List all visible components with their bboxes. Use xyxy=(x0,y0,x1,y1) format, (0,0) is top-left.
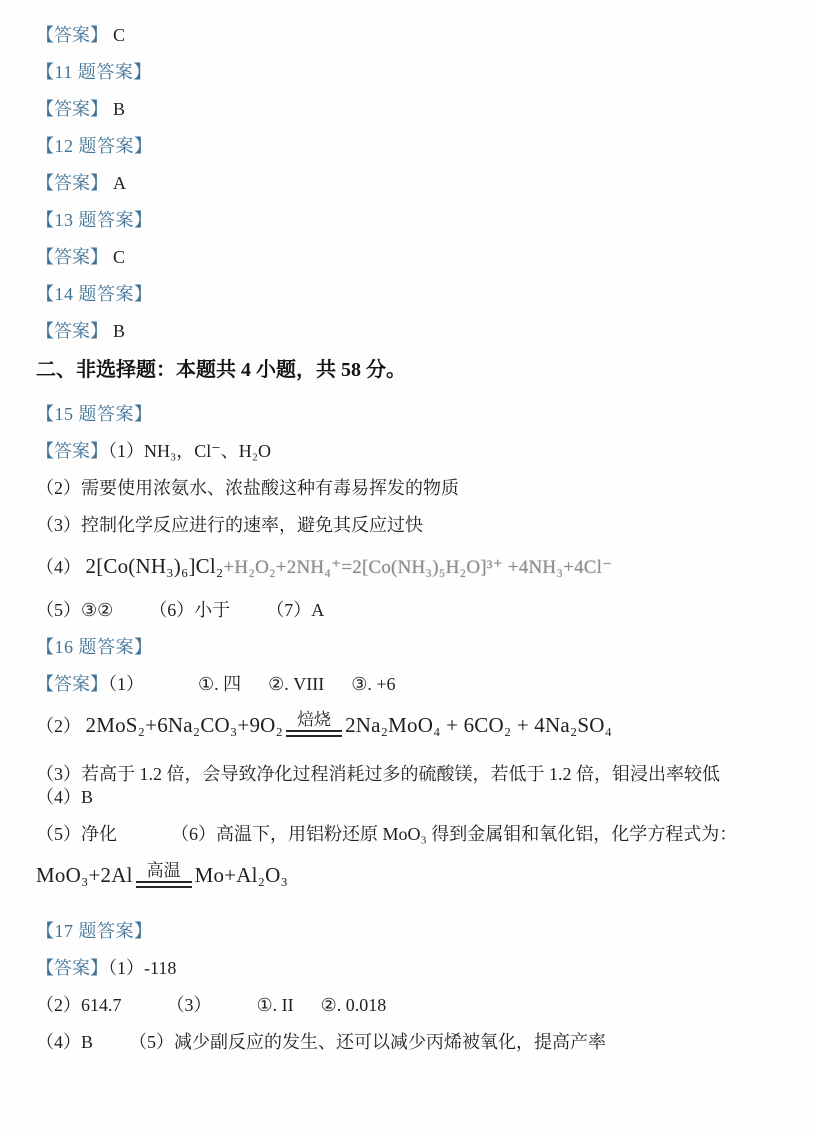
answer-prefix-label: 【答案】 xyxy=(36,674,108,694)
question-15-header: 【15 题答案】 xyxy=(36,403,787,426)
answer-prefix-label: 【答案】 xyxy=(36,321,108,341)
answer-prefix-label: 【答案】 xyxy=(36,99,108,119)
answer-line: 【答案】A xyxy=(36,172,787,195)
answer-prefix-label: 【答案】 xyxy=(36,247,108,267)
answer-prefix-label: 【答案】 xyxy=(36,173,108,193)
answer-prefix-label: 【答案】 xyxy=(36,958,108,978)
q16-part6-equation: MoO₃+2Al高温Mo+Al₂O₃ xyxy=(36,860,787,891)
answer-key-document: 【答案】C 【11 题答案】 【答案】B 【12 题答案】 【答案】A 【13 … xyxy=(0,0,817,1137)
answer-line: 【答案】C xyxy=(36,246,787,269)
question-13-header: 【13 题答案】 xyxy=(36,209,787,232)
question-16-header: 【16 题答案】 xyxy=(36,636,787,659)
double-line-icon xyxy=(136,881,192,888)
q16-part2-label: （2） xyxy=(36,716,81,736)
q15-part4-equation: （4） 2[Co(NH₃)₆]Cl₂+H₂O₂+2NH₄⁺=2[Co(NH₃)₅… xyxy=(36,551,787,583)
q16-part2-equation: （2） 2MoS₂+6Na₂CO₃+9O₂焙烧2Na₂MoO₄ + 6CO₂ +… xyxy=(36,710,787,741)
products-formula: 2Na₂MoO₄ + 6CO₂ + 4Na₂SO₄ xyxy=(345,713,612,737)
q16-part5and6-line: （5）净化 （6）高温下，用铝粉还原 MoO₃ 得到金属钼和氧化铝，化学方程式为… xyxy=(36,823,787,846)
question-14-header: 【14 题答案】 xyxy=(36,283,787,306)
question-12-header: 【12 题答案】 xyxy=(36,135,787,158)
q15-part4-label: （4） xyxy=(36,557,81,577)
answer-line: 【答案】B xyxy=(36,320,787,343)
section-2-heading: 二、非选择题：本题共 4 小题，共 58 分。 xyxy=(36,357,787,383)
q15-part3-line: （3）控制化学反应进行的速率，避免其反应过快 xyxy=(36,514,787,537)
answer-value: B xyxy=(113,321,125,341)
question-11-header: 【11 题答案】 xyxy=(36,61,787,84)
reaction-condition-text: 高温 xyxy=(136,861,192,881)
q15-part1-line: 【答案】（1）NH₃，Cl⁻、H₂O xyxy=(36,440,787,463)
q17-part4and5-line: （4）B （5）减少副反应的发生、还可以减少丙烯被氧化，提高产率 xyxy=(36,1031,787,1054)
answer-prefix-label: 【答案】 xyxy=(36,441,108,461)
question-17-header: 【17 题答案】 xyxy=(36,920,787,943)
q15-part1-text: （1）NH₃，Cl⁻、H₂O xyxy=(108,441,271,461)
q17-part2and3-line: （2）614.7 （3） ①. II ②. 0.018 xyxy=(36,994,787,1017)
answer-value: C xyxy=(113,247,125,267)
reactants-formula: 2MoS₂+6Na₂CO₃+9O₂ xyxy=(86,713,284,737)
answer-line: 【答案】B xyxy=(36,98,787,121)
answer-line: 【答案】C xyxy=(36,24,787,47)
chemical-formula-faint: +H₂O₂+2NH₄⁺=2[Co(NH₃)₅H₂O]³⁺ +4NH₃+4Cl⁻ xyxy=(223,557,612,578)
q16-part3and4-line: （3）若高于 1.2 倍，会导致净化过程消耗过多的硫酸镁，若低于 1.2 倍，钼… xyxy=(36,763,787,809)
reaction-condition-text: 焙烧 xyxy=(286,710,342,730)
reactants-formula: MoO₃+2Al xyxy=(36,863,133,887)
answer-value: A xyxy=(113,173,126,193)
answer-value: C xyxy=(113,25,125,45)
reaction-condition: 高温 xyxy=(136,861,192,888)
q15-part2-line: （2）需要使用浓氨水、浓盐酸这种有毒易挥发的物质 xyxy=(36,477,787,500)
q15-part5to7-line: （5）③② （6）小于 （7）A xyxy=(36,599,787,622)
double-line-icon xyxy=(286,730,342,737)
chemical-formula: 2[Co(NH₃)₆]Cl₂ xyxy=(86,554,224,578)
q16-part1-text: （1） ①. 四 ②. VIII ③. +6 xyxy=(108,674,396,694)
answer-prefix-label: 【答案】 xyxy=(36,25,108,45)
answer-value: B xyxy=(113,99,125,119)
q16-part1-line: 【答案】（1） ①. 四 ②. VIII ③. +6 xyxy=(36,673,787,696)
products-formula: Mo+Al₂O₃ xyxy=(195,863,288,887)
q17-part1-line: 【答案】（1）-118 xyxy=(36,957,787,980)
reaction-condition: 焙烧 xyxy=(286,710,342,737)
q17-part1-text: （1）-118 xyxy=(108,958,176,978)
